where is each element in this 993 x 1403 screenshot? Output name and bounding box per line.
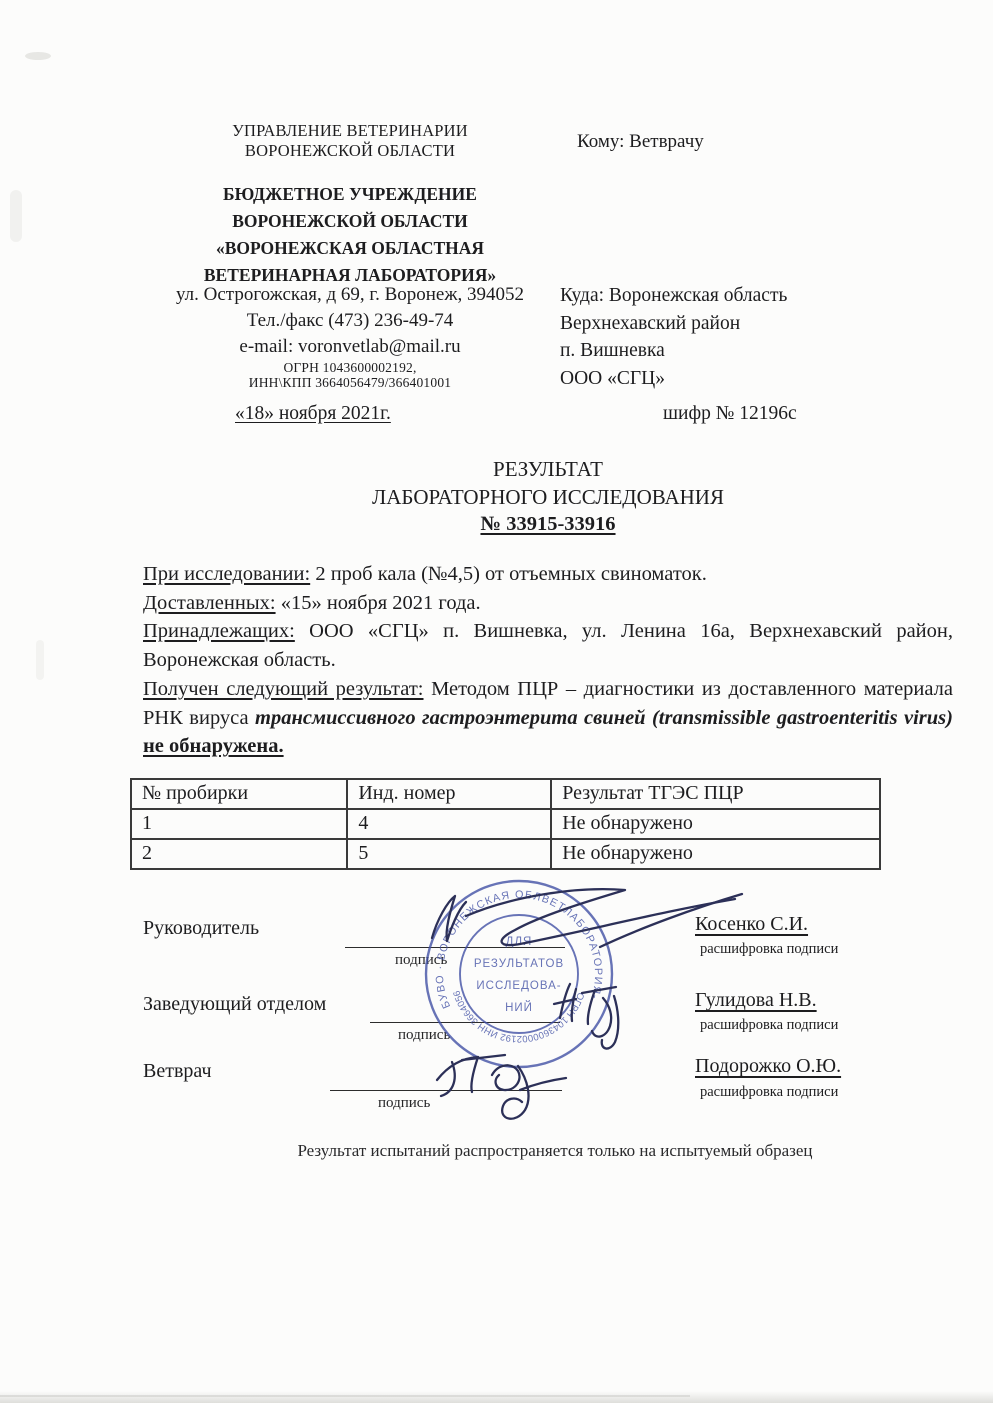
samples-label: При исследовании: <box>143 563 310 585</box>
stamp-center-line4: НИЙ <box>505 1001 533 1014</box>
signature-line-vet <box>330 1089 562 1091</box>
destination-region: Куда: Воронежская область <box>560 282 787 310</box>
signature-role-head-of-dept: Заведующий отделом <box>143 993 326 1016</box>
col-header-result: Результат ТГЭС ПЦР <box>551 779 880 809</box>
destination-settlement: п. Вишневка <box>560 337 787 365</box>
scan-speck <box>25 52 51 60</box>
result-virus-name: трансмиссивного гастроэнтерита свиней (t… <box>255 707 953 729</box>
cell-tube-1: 1 <box>131 809 347 839</box>
org-line1: БЮДЖЕТНОЕ УЧРЕЖДЕНИЕ <box>150 181 550 208</box>
samples-text: 2 проб кала (№4,5) от отъемных свиномато… <box>310 563 707 585</box>
signature-caption-vet: подпись <box>378 1095 430 1112</box>
stamp-center-line1: ДЛЯ <box>506 936 533 948</box>
title-line1: РЕЗУЛЬТАТ <box>103 456 993 484</box>
signature-name-vet: Подорожко О.Ю. <box>695 1055 841 1078</box>
cell-ind-2: 5 <box>347 839 551 869</box>
document-title: РЕЗУЛЬТАТ ЛАБОРАТОРНОГО ИССЛЕДОВАНИЯ № 3… <box>103 456 993 539</box>
cipher-number: шифр № 12196с <box>663 403 797 425</box>
department-line1: УПРАВЛЕНИЕ ВЕТЕРИНАРИИ <box>150 121 550 141</box>
lab-address-block: ул. Острогожская, д 69, г. Воронеж, 3940… <box>150 282 550 390</box>
cell-ind-1: 4 <box>347 809 551 839</box>
document-date: «18» ноября 2021г. <box>235 403 391 425</box>
paragraph-owner: Принадлежащих: ООО «СГЦ» п. Вишневка, ул… <box>143 617 953 674</box>
scanned-lab-report: УПРАВЛЕНИЕ ВЕТЕРИНАРИИ ВОРОНЕЖСКОЙ ОБЛАС… <box>0 0 993 1403</box>
cell-tube-2: 2 <box>131 839 347 869</box>
lab-round-stamp: БУВО · ВОРОНЕЖСКАЯ ОБЛВЕТЛАБОРАТОРИЯ- ОГ… <box>419 874 619 1074</box>
col-header-ind-number: Инд. номер <box>347 779 551 809</box>
destination-company: ООО «СГЦ» <box>560 365 787 393</box>
signature-decode-vet: расшифровка подписи <box>700 1084 838 1101</box>
title-line2: ЛАБОРАТОРНОГО ИССЛЕДОВАНИЯ <box>103 484 993 512</box>
lab-street-address: ул. Острогожская, д 69, г. Воронеж, 3940… <box>150 282 550 308</box>
scan-smudge <box>36 640 44 680</box>
recipient-label: Кому: Ветврачу <box>577 131 704 153</box>
result-conclusion: не обнаружена. <box>143 735 284 757</box>
table-row: 2 5 Не обнаружено <box>131 839 880 869</box>
results-table: № пробирки Инд. номер Результат ТГЭС ПЦР… <box>130 778 881 870</box>
delivered-label: Доставленных: <box>143 592 276 614</box>
lab-ogrn: ОГРН 1043600002192, <box>150 360 550 375</box>
signature-decode-director: расшифровка подписи <box>700 941 838 958</box>
signature-name-director: Косенко С.И. <box>695 913 808 936</box>
table-row: 1 4 Не обнаружено <box>131 809 880 839</box>
org-line2: ВОРОНЕЖСКОЙ ОБЛАСТИ <box>150 208 550 235</box>
stamp-center-line3: ИССЛЕДОВА- <box>476 980 561 992</box>
cell-result-1: Не обнаружено <box>551 809 880 839</box>
col-header-tube: № пробирки <box>131 779 347 809</box>
paragraph-samples: При исследовании: 2 проб кала (№4,5) от … <box>143 560 953 589</box>
department-header: УПРАВЛЕНИЕ ВЕТЕРИНАРИИ ВОРОНЕЖСКОЙ ОБЛАС… <box>150 121 550 161</box>
owner-label: Принадлежащих: <box>143 620 295 642</box>
scan-smudge <box>10 190 22 242</box>
signature-role-director: Руководитель <box>143 917 259 940</box>
cell-result-2: Не обнаружено <box>551 839 880 869</box>
scan-edge-line <box>0 1395 690 1397</box>
footer-disclaimer: Результат испытаний распространяется тол… <box>150 1141 960 1161</box>
report-body: При исследовании: 2 проб кала (№4,5) от … <box>143 560 953 761</box>
table-header-row: № пробирки Инд. номер Результат ТГЭС ПЦР <box>131 779 880 809</box>
signature-name-head-of-dept: Гулидова Н.В. <box>695 989 817 1012</box>
paragraph-result: Получен следующий результат: Методом ПЦР… <box>143 675 953 761</box>
result-label: Получен следующий результат: <box>143 678 424 700</box>
department-line2: ВОРОНЕЖСКОЙ ОБЛАСТИ <box>150 141 550 161</box>
destination-block: Куда: Воронежская область Верхнехавский … <box>560 282 787 392</box>
stamp-center-line2: РЕЗУЛЬТАТОВ <box>474 958 564 970</box>
stamp-inner-ring <box>460 915 578 1033</box>
org-line3: «ВОРОНЕЖСКАЯ ОБЛАСТНАЯ <box>150 235 550 262</box>
lab-phone: Тел./факс (473) 236-49-74 <box>150 308 550 334</box>
lab-email: e-mail: voronvetlab@mail.ru <box>150 334 550 360</box>
destination-district: Верхнехавский район <box>560 310 787 338</box>
scan-edge-shadow <box>0 1391 993 1403</box>
paragraph-delivered: Доставленных: «15» ноября 2021 года. <box>143 589 953 618</box>
signature-decode-head-of-dept: расшифровка подписи <box>700 1017 838 1034</box>
signature-role-vet: Ветврач <box>143 1060 212 1083</box>
lab-inn: ИНН\КПП 3664056479/366401001 <box>150 375 550 390</box>
delivered-text: «15» ноября 2021 года. <box>276 592 481 614</box>
title-report-number: № 33915-33916 <box>103 511 993 539</box>
organization-name: БЮДЖЕТНОЕ УЧРЕЖДЕНИЕ ВОРОНЕЖСКОЙ ОБЛАСТИ… <box>150 181 550 289</box>
